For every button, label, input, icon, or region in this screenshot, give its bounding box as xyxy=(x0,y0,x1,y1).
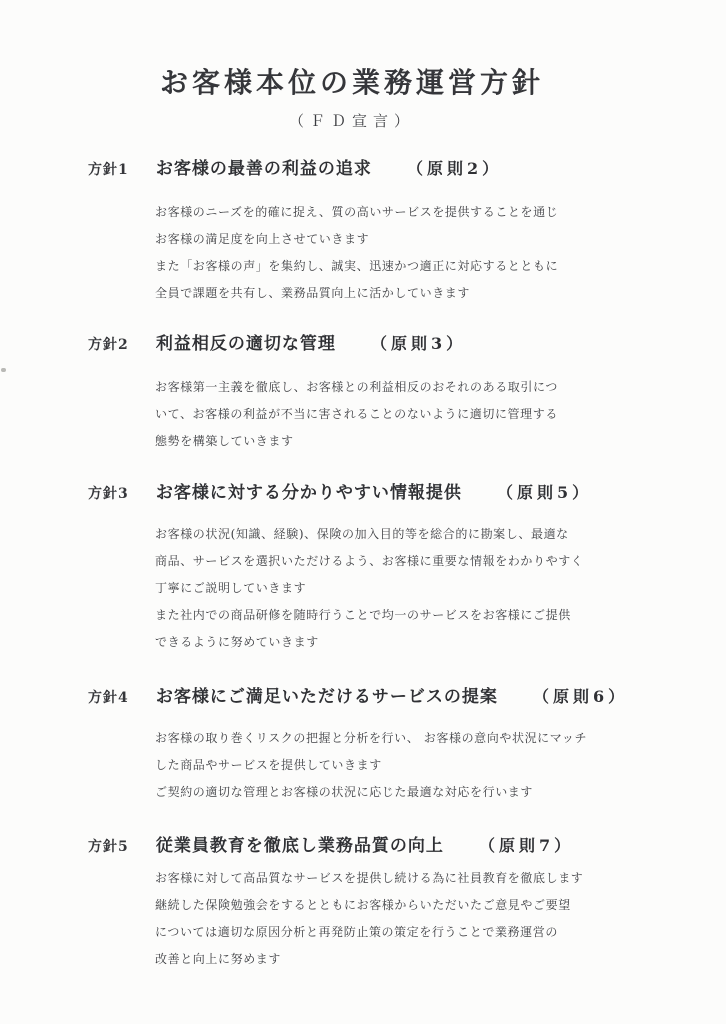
policy-section-1: 方針1 お客様の最善の利益の追求 （原則2） お客様のニーズを的確に捉え、質の高… xyxy=(0,157,726,307)
policy-3-line-2: 商品、サービスを選択いただけるよう、お客様に重要な情報をわかりやすく xyxy=(155,548,686,575)
policy-2-heading: 方針2 利益相反の適切な管理 （原則3） xyxy=(0,332,726,357)
policy-1-label: 方針1 xyxy=(88,162,129,178)
policy-5-line-4: 改善と向上に努めます xyxy=(155,946,686,973)
policy-4-line-2: した商品やサービスを提供していきます xyxy=(155,752,686,779)
policy-4-principle: （原則6） xyxy=(533,687,628,706)
policy-1-line-4: 全員で課題を共有し、業務品質向上に活かしていきます xyxy=(155,280,686,307)
document-page: お客様本位の業務運営方針 （ＦＤ宣言） 方針1 お客様の最善の利益の追求 （原則… xyxy=(0,0,726,1024)
policy-5-body: お客様に対して高品質なサービスを提供し続ける為に社員教育を徹底します 継続した保… xyxy=(0,865,726,973)
document-subtitle: （ＦＤ宣言） xyxy=(0,110,704,132)
policy-3-title: お客様に対する分かりやすい情報提供 xyxy=(156,483,462,503)
policy-3-body: お客様の状況(知識、経験)、保険の加入目的等を総合的に勘案し、最適な 商品、サー… xyxy=(0,521,726,656)
policy-section-3: 方針3 お客様に対する分かりやすい情報提供 （原則5） お客様の状況(知識、経験… xyxy=(0,481,726,656)
policy-3-label: 方針3 xyxy=(88,486,129,502)
policy-2-title: 利益相反の適切な管理 xyxy=(156,334,336,354)
policy-4-title: お客様にご満足いただけるサービスの提案 xyxy=(156,687,498,707)
scan-artifact xyxy=(1,368,6,372)
policy-5-line-3: については適切な原因分析と再発防止策の策定を行うことで業務運営の xyxy=(155,919,686,946)
policy-5-label: 方針5 xyxy=(88,839,129,855)
policy-3-line-5: できるように努めていきます xyxy=(155,629,686,656)
policy-1-title: お客様の最善の利益の追求 xyxy=(156,159,372,179)
policy-1-line-1: お客様のニーズを的確に捉え、質の高いサービスを提供することを通じ xyxy=(155,199,686,226)
policy-2-principle: （原則3） xyxy=(371,334,466,353)
policy-3-principle: （原則5） xyxy=(497,483,592,502)
policy-section-2: 方針2 利益相反の適切な管理 （原則3） お客様第一主義を徹底し、お客様との利益… xyxy=(0,332,726,455)
policy-3-line-1: お客様の状況(知識、経験)、保険の加入目的等を総合的に勘案し、最適な xyxy=(155,521,686,548)
policy-2-line-3: 態勢を構築していきます xyxy=(155,428,686,455)
policy-5-heading: 方針5 従業員教育を徹底し業務品質の向上 （原則7） xyxy=(0,834,726,859)
policy-2-label: 方針2 xyxy=(88,337,129,353)
policy-4-line-3: ご契約の適切な管理とお客様の状況に応じた最適な対応を行います xyxy=(155,779,686,806)
policy-4-heading: 方針4 お客様にご満足いただけるサービスの提案 （原則6） xyxy=(0,685,726,710)
policy-1-line-3: また「お客様の声」を集約し、誠実、迅速かつ適正に対応するとともに xyxy=(155,253,686,280)
title-block: お客様本位の業務運営方針 （ＦＤ宣言） xyxy=(0,0,704,132)
policy-4-label: 方針4 xyxy=(88,690,129,706)
policy-1-principle: （原則2） xyxy=(407,159,502,178)
policy-1-body: お客様のニーズを的確に捉え、質の高いサービスを提供することを通じ お客様の満足度… xyxy=(0,199,726,307)
policy-2-body: お客様第一主義を徹底し、お客様との利益相反のおそれのある取引につ いて、お客様の… xyxy=(0,374,726,455)
policy-1-heading: 方針1 お客様の最善の利益の追求 （原則2） xyxy=(0,157,726,182)
policy-1-line-2: お客様の満足度を向上させていきます xyxy=(155,226,686,253)
policy-2-line-1: お客様第一主義を徹底し、お客様との利益相反のおそれのある取引につ xyxy=(155,374,686,401)
policy-5-title: 従業員教育を徹底し業務品質の向上 xyxy=(156,836,444,856)
policy-2-line-2: いて、お客様の利益が不当に害されることのないように適切に管理する xyxy=(155,401,686,428)
policy-5-principle: （原則7） xyxy=(479,836,574,855)
policy-3-heading: 方針3 お客様に対する分かりやすい情報提供 （原則5） xyxy=(0,481,726,506)
policy-5-line-1: お客様に対して高品質なサービスを提供し続ける為に社員教育を徹底します xyxy=(155,865,686,892)
policy-3-line-3: 丁寧にご説明していきます xyxy=(155,575,686,602)
policy-section-5: 方針5 従業員教育を徹底し業務品質の向上 （原則7） お客様に対して高品質なサー… xyxy=(0,834,726,973)
document-title: お客様本位の業務運営方針 xyxy=(0,0,704,102)
policy-4-line-1: お客様の取り巻くリスクの把握と分析を行い、 お客様の意向や状況にマッチ xyxy=(155,725,686,752)
policy-4-body: お客様の取り巻くリスクの把握と分析を行い、 お客様の意向や状況にマッチ した商品… xyxy=(0,725,726,806)
policy-3-line-4: また社内での商品研修を随時行うことで均一のサービスをお客様にご提供 xyxy=(155,602,686,629)
policy-section-4: 方針4 お客様にご満足いただけるサービスの提案 （原則6） お客様の取り巻くリス… xyxy=(0,685,726,806)
policy-5-line-2: 継続した保険勉強会をするとともにお客様からいただいたご意見やご要望 xyxy=(155,892,686,919)
